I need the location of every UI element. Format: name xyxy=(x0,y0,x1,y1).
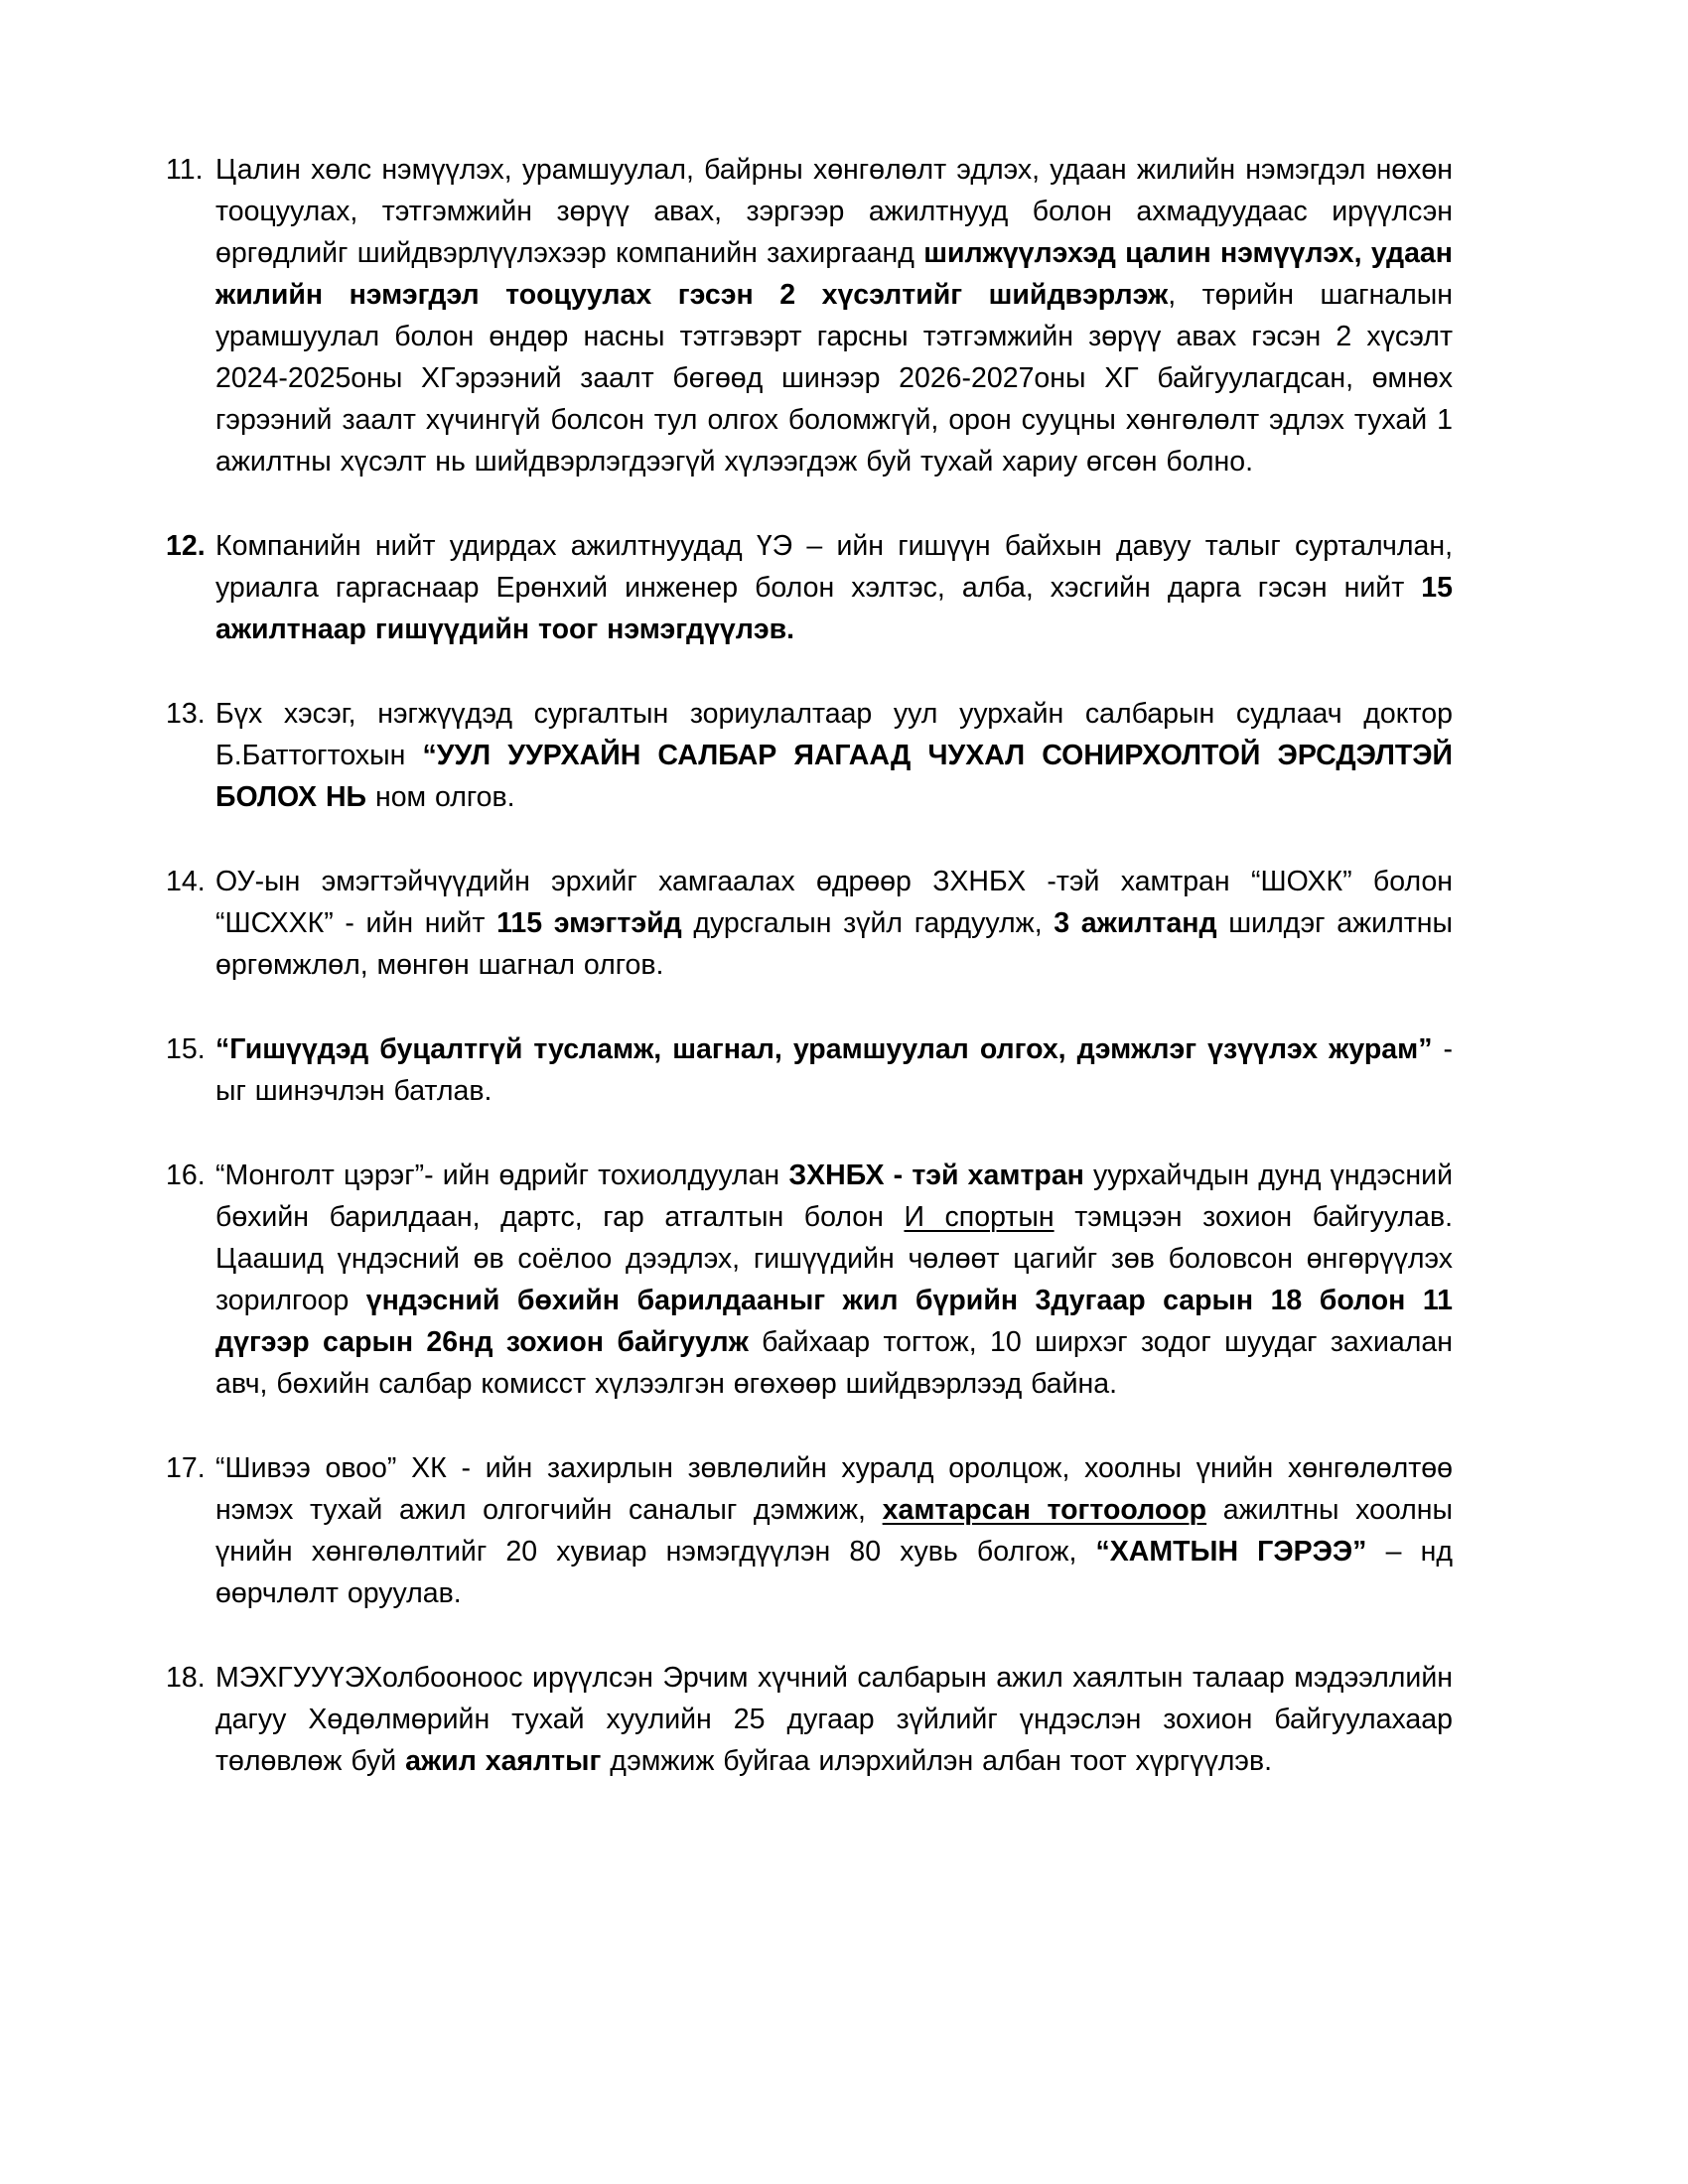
item-number: 14. xyxy=(166,861,215,986)
document-page: 11. Цалин хөлс нэмүүлэх, урамшуулал, бай… xyxy=(166,149,1453,1782)
item-number: 11. xyxy=(166,149,215,482)
item-number: 16. xyxy=(166,1155,215,1405)
item-text: “Гишүүдэд буцалтгүй тусламж, шагнал, ура… xyxy=(215,1028,1453,1112)
list-item-18: 18. МЭХГУУҮЭХолбооноос ирүүлсэн Эрчим хү… xyxy=(166,1657,1453,1782)
underlined-text-segment: И спортын xyxy=(904,1201,1054,1233)
text-segment: дурсгалын зүйл гардуулж, xyxy=(682,907,1055,939)
item-number: 18. xyxy=(166,1657,215,1782)
item-text: ОУ-ын эмэгтэйчүүдийн эрхийг хамгаалах өд… xyxy=(215,861,1453,986)
bold-text-segment: ЗХНБХ - тэй хамтран xyxy=(788,1160,1084,1191)
bold-text-segment: “ХАМТЫН ГЭРЭЭ” xyxy=(1096,1536,1367,1568)
bold-text-segment: “Гишүүдэд буцалтгүй тусламж, шагнал, ура… xyxy=(215,1033,1432,1065)
text-segment: ном олгов. xyxy=(366,781,515,813)
item-text: Цалин хөлс нэмүүлэх, урамшуулал, байрны … xyxy=(215,149,1453,482)
list-item-13: 13. Бүх хэсэг, нэгжүүдэд сургалтын зориу… xyxy=(166,693,1453,818)
item-text: “Шивээ овоо” ХК - ийн захирлын зөвлөлийн… xyxy=(215,1447,1453,1614)
item-text: МЭХГУУҮЭХолбооноос ирүүлсэн Эрчим хүчний… xyxy=(215,1657,1453,1782)
bold-text-segment: 115 эмэгтэйд xyxy=(496,907,682,939)
bold-text-segment: ажил хаялтыг xyxy=(405,1745,601,1777)
bold-underlined-text-segment: хамтарсан тогтоолоор xyxy=(883,1494,1206,1526)
item-text: Бүх хэсэг, нэгжүүдэд сургалтын зориулалт… xyxy=(215,693,1453,818)
text-segment: Компанийн нийт удирдах ажилтнуудад ҮЭ – … xyxy=(215,530,1453,604)
item-text: Компанийн нийт удирдах ажилтнуудад ҮЭ – … xyxy=(215,525,1453,650)
item-text: “Монголт цэрэг”- ийн өдрийг тохиолдуулан… xyxy=(215,1155,1453,1405)
list-item-14: 14. ОУ-ын эмэгтэйчүүдийн эрхийг хамгаала… xyxy=(166,861,1453,986)
bold-text-segment: 3 ажилтанд xyxy=(1054,907,1216,939)
item-number: 17. xyxy=(166,1447,215,1614)
item-number: 12. xyxy=(166,525,215,650)
item-number: 13. xyxy=(166,693,215,818)
list-item-15: 15. “Гишүүдэд буцалтгүй тусламж, шагнал,… xyxy=(166,1028,1453,1112)
text-segment: “Монголт цэрэг”- ийн өдрийг тохиолдуулан xyxy=(215,1160,788,1191)
list-item-17: 17. “Шивээ овоо” ХК - ийн захирлын зөвлө… xyxy=(166,1447,1453,1614)
item-number: 15. xyxy=(166,1028,215,1112)
list-item-16: 16. “Монголт цэрэг”- ийн өдрийг тохиолду… xyxy=(166,1155,1453,1405)
list-item-11: 11. Цалин хөлс нэмүүлэх, урамшуулал, бай… xyxy=(166,149,1453,482)
text-segment: дэмжиж буйгаа илэрхийлэн албан тоот хүрг… xyxy=(601,1745,1272,1777)
list-item-12: 12. Компанийн нийт удирдах ажилтнуудад Ү… xyxy=(166,525,1453,650)
